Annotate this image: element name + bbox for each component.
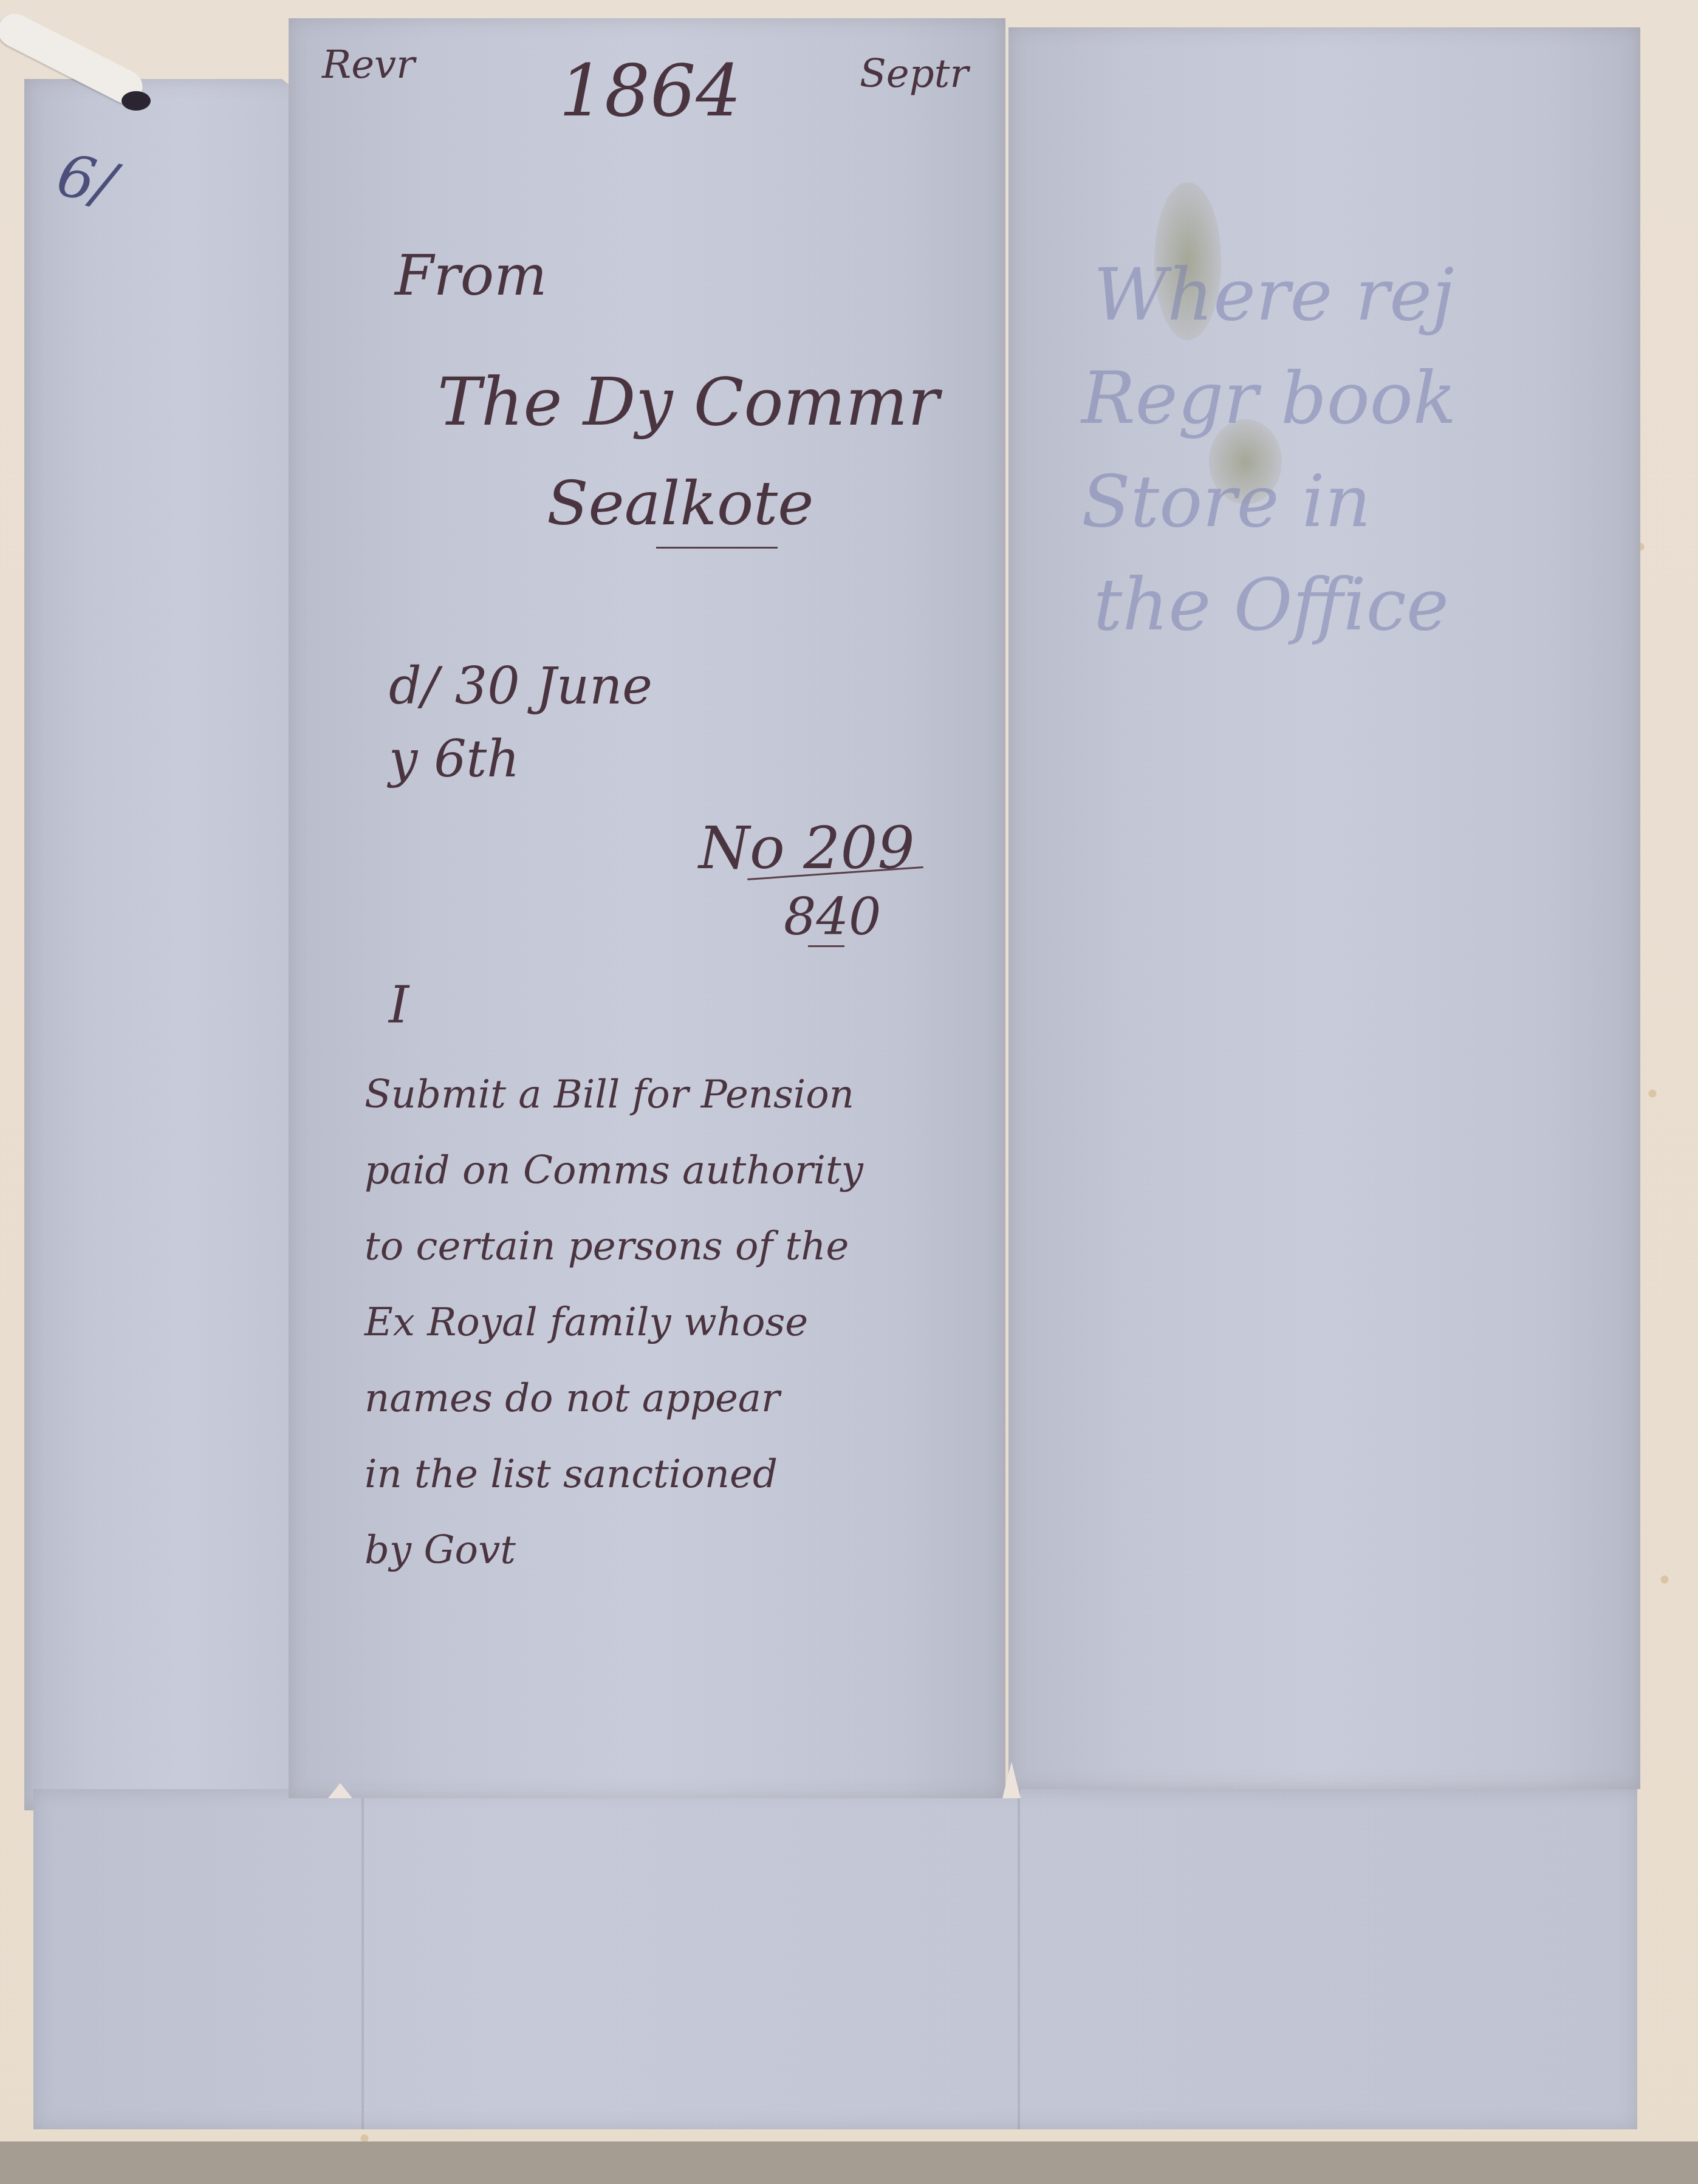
body-line: paid on Comms authority [365, 1133, 1008, 1209]
reference-subnumber: 840 [784, 887, 881, 947]
body-line: names do not appear [365, 1361, 1008, 1437]
background-surface [0, 2141, 1698, 2184]
fold-crease [361, 1789, 364, 2129]
letter-date-suffix: y 6th [389, 729, 519, 789]
from-sender-title: The Dy Commr [437, 365, 939, 440]
bottom-fold-panel [33, 1789, 1637, 2129]
underline-rule [808, 945, 844, 947]
pencil-note-line: Regr book [1081, 346, 1456, 450]
body-line: by Govt [365, 1513, 1008, 1589]
punch-hole [122, 91, 151, 111]
body-intro: I [389, 975, 409, 1035]
letter-date: d/ 30 June [389, 656, 652, 716]
header-month: Septr [860, 52, 968, 97]
body-line: to certain persons of the [365, 1209, 1008, 1285]
fold-crease [1018, 1789, 1020, 2129]
body-line: in the list sanctioned [365, 1437, 1008, 1513]
pencil-note: Where rej Regr book Store in the Office [1081, 243, 1456, 656]
pencil-note-line: Store in [1081, 450, 1456, 553]
pencil-note-line: Where rej [1094, 243, 1456, 346]
from-sender-location: Sealkote [547, 468, 813, 539]
reference-number: No 209 [699, 814, 915, 882]
from-label: From [395, 243, 547, 308]
header-department: Revr [322, 43, 415, 87]
body-line: Ex Royal family whose [365, 1285, 1008, 1361]
pencil-note-line: the Office [1094, 553, 1456, 656]
underline-rule [656, 547, 778, 549]
header-year: 1864 [559, 49, 741, 132]
letter-body: Submit a Bill for Pension paid on Comms … [365, 1057, 1008, 1589]
body-line: Submit a Bill for Pension [365, 1057, 1008, 1133]
